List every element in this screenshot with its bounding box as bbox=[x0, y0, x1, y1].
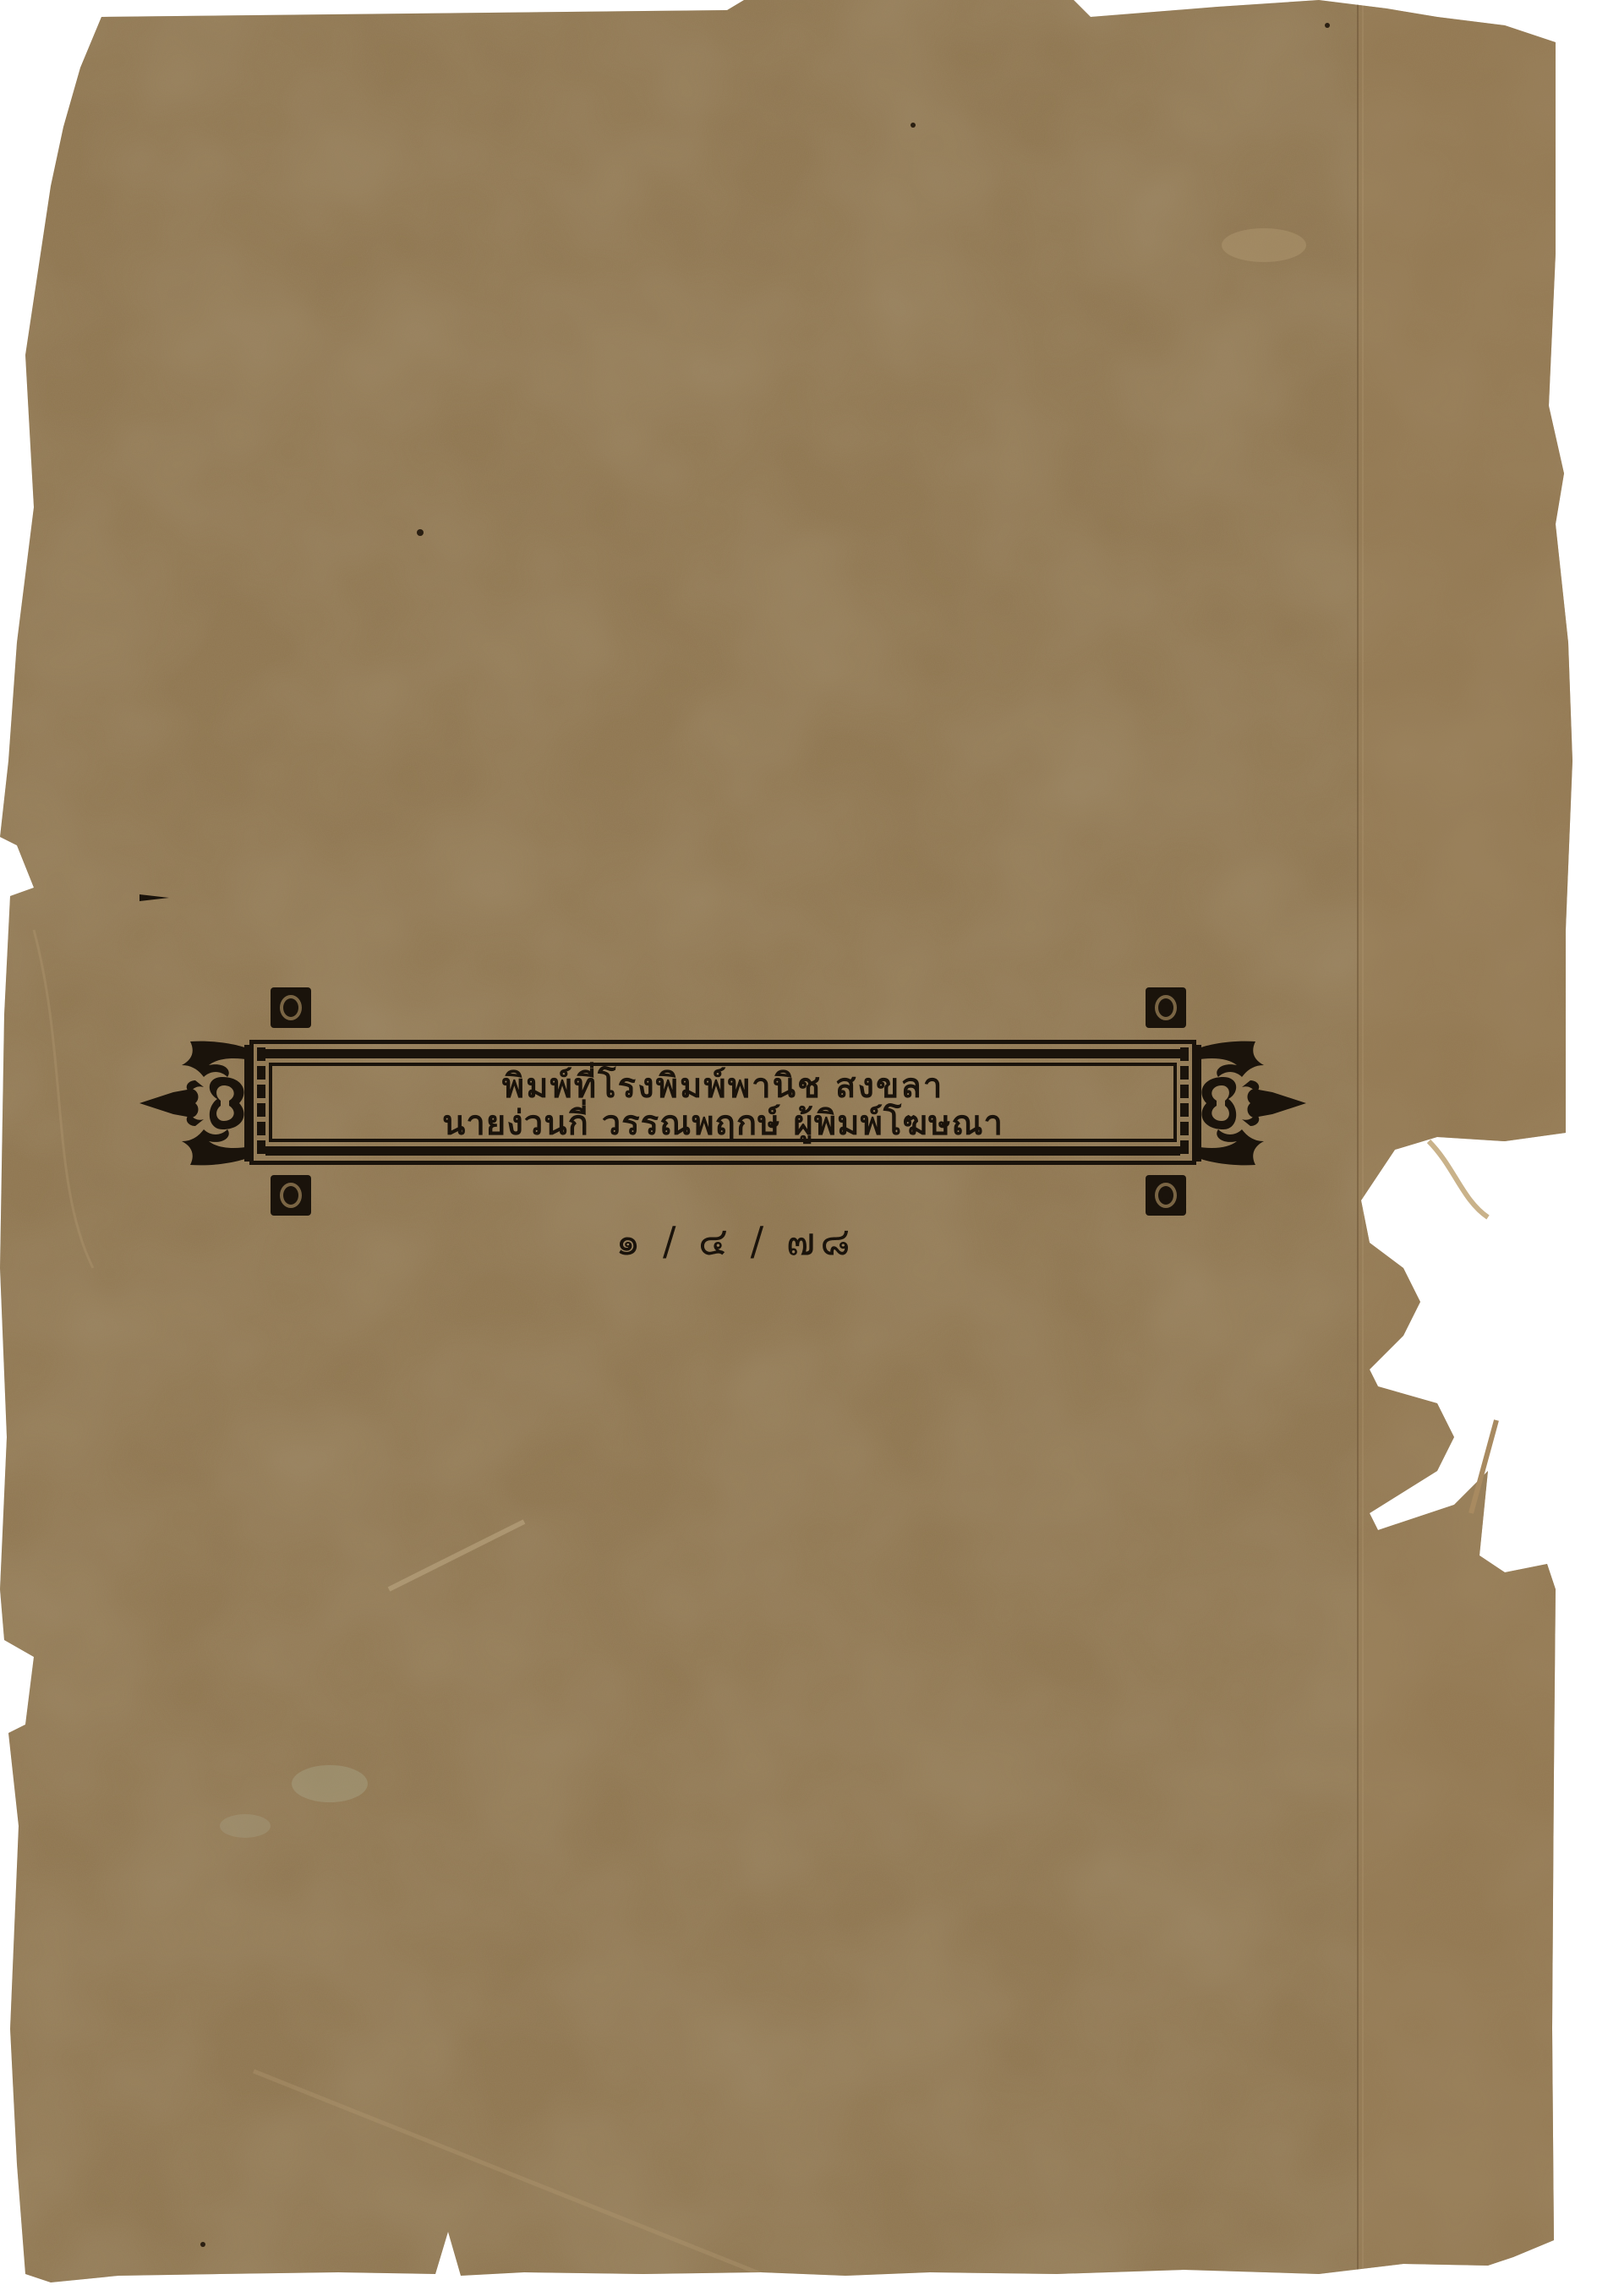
imprint-line-publisher: นายง่วนกี่ วรรณพฤกษ์ ผู้พิมพ์โฆษณา bbox=[287, 1105, 1158, 1142]
printer-imprint-cartouche: พิมพ์ที่โรงพิมพ์พานิช สงขลา นายง่วนกี่ ว… bbox=[139, 987, 1306, 1216]
kanok-flame-ornament-icon bbox=[139, 1040, 254, 1167]
imprint-frame: พิมพ์ที่โรงพิมพ์พานิช สงขลา นายง่วนกี่ ว… bbox=[249, 1040, 1196, 1165]
ornament-corner-box-icon bbox=[1146, 987, 1186, 1028]
kanok-flame-ornament-icon bbox=[1192, 1040, 1306, 1167]
ornament-corner-box-icon bbox=[271, 1175, 311, 1216]
ornament-corner-box-icon bbox=[1146, 1175, 1186, 1216]
frame-top-bar bbox=[265, 1049, 1180, 1058]
print-date: ๑ / ๔ / ๗๘ bbox=[609, 1211, 862, 1272]
frame-bottom-bar bbox=[265, 1146, 1180, 1156]
frame-left-column bbox=[257, 1047, 265, 1157]
imprint-line-printer: พิมพ์ที่โรงพิมพ์พานิช สงขลา bbox=[287, 1068, 1158, 1105]
frame-right-column bbox=[1180, 1047, 1189, 1157]
imprint-text: พิมพ์ที่โรงพิมพ์พานิช สงขลา นายง่วนกี่ ว… bbox=[287, 1068, 1158, 1142]
ornament-corner-box-icon bbox=[271, 987, 311, 1028]
